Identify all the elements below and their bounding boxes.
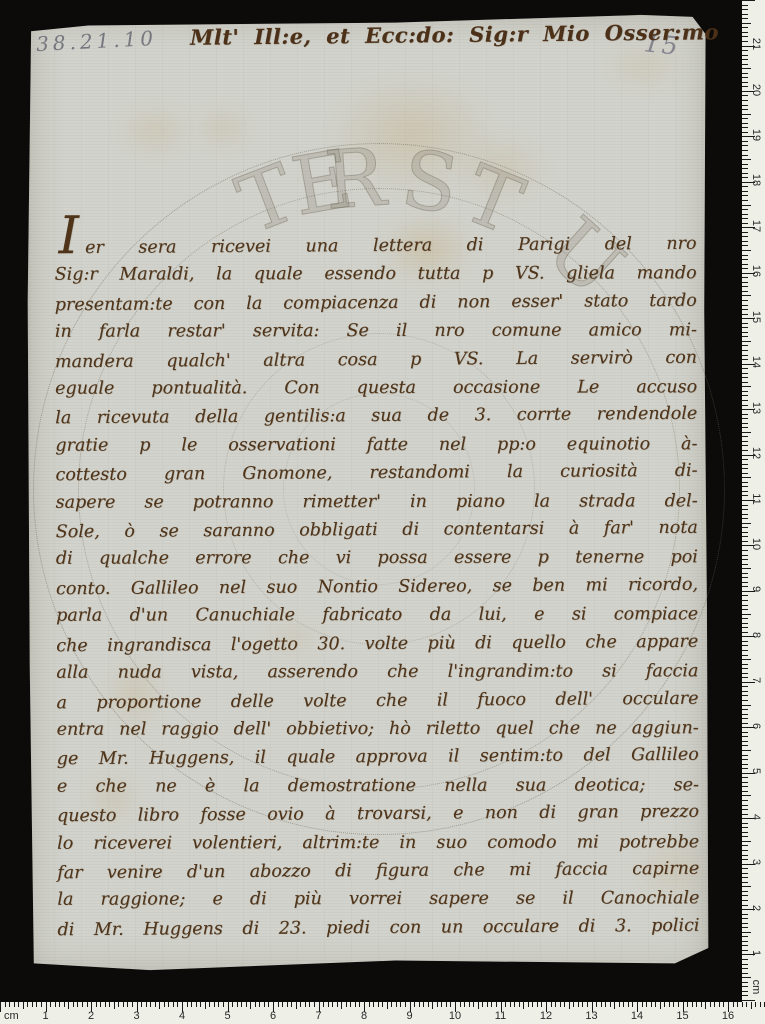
ruler-tick [742, 600, 748, 601]
ruler-label: 4 [179, 1010, 185, 1022]
ruler-tick [692, 1002, 693, 1007]
ruler-tick [655, 1002, 656, 1007]
ruler-tick [250, 1002, 251, 1009]
ruler-tick [373, 1002, 374, 1007]
ruler-tick [742, 941, 748, 942]
ruler-tick [742, 577, 748, 578]
ruler-tick [432, 1002, 433, 1009]
ruler-tick [746, 1002, 747, 1007]
ruler-tick [514, 1002, 515, 1007]
ruler-tick [696, 1002, 697, 1007]
ruler-tick [742, 732, 748, 733]
ruler-tick [150, 1002, 151, 1007]
ruler-tick [400, 1002, 401, 1007]
letter-line: sapere se potranno rimetter' in piano la… [56, 487, 698, 517]
ruler-tick [278, 1002, 279, 1007]
ruler-tick [742, 518, 748, 519]
ruler-tick [332, 1002, 333, 1007]
ruler-tick [582, 1002, 583, 1007]
ruler-tick [742, 323, 748, 324]
ruler-tick [0, 1002, 1, 1012]
ruler-tick [742, 468, 748, 469]
ruler-tick [742, 918, 748, 919]
ruler-tick [473, 1002, 474, 1007]
ruler-tick [623, 1002, 624, 1007]
ruler-label: 13 [585, 1010, 597, 1022]
ruler-tick [705, 1002, 706, 1009]
ruler-label: 3 [750, 853, 762, 871]
ruler-tick [742, 627, 748, 628]
ruler-tick [396, 1002, 397, 1007]
ruler-tick [742, 973, 748, 974]
ruler-tick [742, 491, 748, 492]
horizontal-ruler: cm 12345678910111213141516 [0, 1002, 765, 1024]
ruler-tick [742, 868, 748, 869]
ruler-tick [742, 845, 748, 846]
ruler-tick [710, 1002, 711, 1007]
ruler-tick [742, 277, 748, 278]
letter-line: eguale pontualità. Con questa occasione … [55, 373, 697, 403]
letter-line: cottesto gran Gnomone, restandomi la cur… [55, 457, 697, 490]
ruler-tick [742, 964, 748, 965]
ruler-tick [460, 1002, 461, 1007]
ruler-tick [742, 232, 748, 233]
ruler-tick [59, 1002, 60, 1007]
ruler-tick [528, 1002, 529, 1007]
ruler-label: 5 [750, 762, 762, 780]
ruler-tick [742, 777, 748, 778]
ruler-tick [742, 86, 748, 87]
ruler-tick [742, 509, 748, 510]
ruler-tick [742, 177, 748, 178]
letter-line: gratie p le osservationi fatte nel pp:o … [55, 430, 697, 460]
ruler-tick [742, 609, 748, 610]
ruler-label: 7 [750, 671, 762, 689]
ruler-tick [9, 1002, 10, 1007]
ruler-tick [742, 514, 748, 515]
ruler-tick [164, 1002, 165, 1007]
ruler-tick [87, 1002, 88, 1007]
ruler-tick [673, 1002, 674, 1007]
ruler-tick [564, 1002, 565, 1007]
ruler-tick [742, 209, 748, 210]
ruler-tick [742, 141, 748, 142]
ruler-tick [391, 1002, 392, 1007]
ruler-tick [742, 145, 748, 146]
ruler-tick [742, 695, 748, 696]
ruler-label: 10 [449, 1010, 461, 1022]
letter-line: Sig:r Maraldi, la quale essendo tutta p … [55, 260, 697, 290]
ruler-tick [742, 891, 748, 892]
paper-stain [192, 105, 254, 151]
ruler-tick [632, 1002, 633, 1007]
ruler-label: 17 [750, 217, 762, 235]
ruler-tick [742, 327, 748, 328]
ruler-tick [296, 1002, 297, 1009]
letter-line: di Mr. Huggens di 23. piedi con un occul… [57, 912, 699, 945]
ruler-tick [742, 705, 751, 706]
ruler-tick [146, 1002, 147, 1007]
ruler-tick [282, 1002, 283, 1007]
ruler-tick [127, 1002, 128, 1007]
ruler-label: 14 [631, 1010, 643, 1022]
ruler-tick [510, 1002, 511, 1007]
ruler-tick [560, 1002, 561, 1007]
ruler-tick [742, 995, 748, 996]
ruler-tick [100, 1002, 101, 1007]
ruler-tick [742, 764, 748, 765]
ruler-tick [719, 1002, 720, 1007]
ruler-tick [742, 850, 748, 851]
ruler-tick [742, 950, 748, 951]
ruler-tick [742, 482, 748, 483]
ruler-tick [742, 268, 748, 269]
ruler-tick [573, 1002, 574, 1007]
ruler-tick [541, 1002, 542, 1007]
ruler-tick [118, 1002, 119, 1007]
letter-line: in farla restar' servita: Se il nro comu… [55, 316, 697, 346]
ruler-tick [742, 9, 748, 10]
ruler-tick [742, 786, 748, 787]
ruler-tick [742, 977, 751, 978]
ruler-tick [328, 1002, 329, 1007]
ruler-tick [537, 1002, 538, 1007]
ruler-tick [678, 1002, 679, 1007]
ruler-tick [742, 459, 748, 460]
ruler-label: 12 [750, 444, 762, 462]
ruler-tick [742, 691, 748, 692]
ruler-tick [32, 1002, 33, 1007]
ruler-tick [742, 332, 748, 333]
ruler-tick [532, 1002, 533, 1007]
ruler-tick [341, 1002, 342, 1009]
ruler-tick [555, 1002, 556, 1007]
ruler-tick [205, 1002, 206, 1009]
ruler-tick [742, 123, 748, 124]
ruler-tick [742, 877, 748, 878]
ruler-tick [742, 923, 748, 924]
ruler-tick [742, 532, 748, 533]
ruler-tick [742, 127, 748, 128]
ruler-tick [742, 614, 751, 615]
ruler-tick [742, 841, 751, 842]
ruler-tick [742, 655, 748, 656]
ruler-tick [77, 1002, 78, 1007]
ruler-tick [742, 505, 748, 506]
ruler-tick [382, 1002, 383, 1007]
letter-line: lo riceverei volentieri, altrim:te in su… [57, 828, 699, 858]
ruler-tick [742, 373, 748, 374]
letter-line: a proportione delle volte che il fuoco d… [56, 684, 698, 717]
ruler-tick [742, 736, 748, 737]
ruler-tick [742, 255, 748, 256]
letter-line: parla d'un Canuchiale fabricato da lui, … [56, 601, 698, 631]
ruler-tick [405, 1002, 406, 1007]
ruler-tick [742, 882, 748, 883]
letter-line: ge Mr. Huggens, il quale approva il sent… [57, 741, 699, 774]
ruler-tick [742, 523, 751, 524]
ruler-tick [742, 564, 748, 565]
ruler-tick [519, 1002, 520, 1007]
ruler-tick [23, 1002, 24, 1009]
ruler-tick [742, 945, 748, 946]
ruler-tick [350, 1002, 351, 1007]
ruler-tick [742, 668, 748, 669]
ruler-tick [669, 1002, 670, 1007]
ruler-label: 6 [750, 717, 762, 735]
ruler-tick [660, 1002, 661, 1009]
ruler-tick [742, 959, 748, 960]
ruler-tick [450, 1002, 451, 1007]
ruler-tick [246, 1002, 247, 1007]
paper-stain [457, 133, 547, 203]
ruler-tick [346, 1002, 347, 1007]
ruler-tick [610, 1002, 611, 1007]
ruler-tick [187, 1002, 188, 1007]
ruler-tick [742, 195, 748, 196]
ruler-tick [355, 1002, 356, 1007]
ruler-tick [742, 155, 748, 156]
ruler-tick [255, 1002, 256, 1007]
ruler-label: 14 [750, 353, 762, 371]
ruler-tick [742, 759, 748, 760]
ruler-tick [742, 814, 748, 815]
ruler-tick [714, 1002, 715, 1007]
ruler-tick [742, 623, 748, 624]
ruler-tick [742, 109, 748, 110]
ruler-tick [264, 1002, 265, 1007]
ruler-tick [68, 1002, 69, 1009]
ruler-tick [587, 1002, 588, 1007]
ruler-tick [742, 982, 748, 983]
letter-line: questo libro fosse ovio à trovarsi, e no… [57, 798, 699, 831]
ruler-tick [742, 314, 748, 315]
ruler-label: 12 [540, 1010, 552, 1022]
ruler-tick [742, 341, 751, 342]
ruler-tick [687, 1002, 688, 1007]
ruler-tick [742, 205, 751, 206]
ruler-label: 21 [750, 35, 762, 53]
ruler-tick [14, 1002, 15, 1007]
letter-line: far venire d'un abozzo di figura che mi … [57, 855, 699, 888]
ruler-tick [578, 1002, 579, 1007]
ruler-tick [742, 218, 748, 219]
ruler-tick [742, 27, 748, 28]
ruler-label: 18 [750, 171, 762, 189]
ruler-tick [742, 114, 751, 115]
ruler-tick [105, 1002, 106, 1007]
ruler-tick [742, 309, 748, 310]
ruler-tick [742, 36, 748, 37]
ruler-tick [742, 536, 748, 537]
ruler-tick [305, 1002, 306, 1007]
ruler-tick [469, 1002, 470, 1007]
ruler-tick [742, 827, 748, 828]
letter-line: presentam:te con la compiacenza di non e… [55, 287, 697, 320]
ruler-tick [742, 755, 748, 756]
ruler-tick [742, 495, 748, 496]
ruler-tick [742, 405, 748, 406]
ruler-tick [419, 1002, 420, 1007]
ruler-tick [742, 936, 748, 937]
ruler-tick [742, 555, 748, 556]
ruler-tick [742, 14, 748, 15]
ruler-tick [742, 768, 748, 769]
ruler-label: 2 [88, 1010, 94, 1022]
ruler-tick [259, 1002, 260, 1007]
ruler-tick [551, 1002, 552, 1007]
ruler-tick [742, 618, 748, 619]
ruler-label: 10 [750, 535, 762, 553]
ruler-tick [742, 805, 748, 806]
ruler-tick [701, 1002, 702, 1007]
ruler-label: 11 [750, 490, 762, 508]
ruler-tick [742, 791, 748, 792]
ruler-tick [742, 873, 748, 874]
ruler-label: 19 [750, 126, 762, 144]
letter-line: Sole, ò se saranno obbligati di contenta… [56, 514, 698, 547]
ruler-tick [428, 1002, 429, 1007]
letter-line: entra nel raggio dell' obbietivo; hò ril… [57, 714, 699, 744]
ruler-label: 6 [270, 1010, 276, 1022]
ruler-tick [651, 1002, 652, 1007]
ruler-tick [664, 1002, 665, 1007]
ruler-tick [742, 750, 751, 751]
ruler-tick [742, 118, 748, 119]
ruler-tick [41, 1002, 42, 1007]
ruler-tick [742, 650, 748, 651]
ruler-tick [742, 68, 751, 69]
ruler-tick [218, 1002, 219, 1007]
ruler-tick [387, 1002, 388, 1009]
ruler-tick [423, 1002, 424, 1007]
letter-line: di qualche errore che vi possa essere p … [56, 544, 698, 574]
ruler-tick [173, 1002, 174, 1007]
ruler-tick [742, 432, 751, 433]
ruler-tick [223, 1002, 224, 1007]
ruler-tick [64, 1002, 65, 1007]
ruler-tick [742, 477, 751, 478]
ruler-tick [487, 1002, 488, 1007]
letter-line: che ingrandisca l'ogetto 30. volte più d… [56, 627, 698, 660]
ruler-tick [742, 677, 748, 678]
letter-line: alla nuda vista, asserendo che l'ingrand… [56, 657, 698, 687]
ruler-tick [314, 1002, 315, 1007]
letter-line: conto. Gallileo nel suo Nontio Sidereo, … [56, 571, 698, 604]
ruler-tick [742, 418, 748, 419]
ruler-tick [191, 1002, 192, 1007]
ruler-tick [742, 377, 748, 378]
ruler-tick [132, 1002, 133, 1007]
ruler-tick [751, 1002, 752, 1009]
ruler-tick [241, 1002, 242, 1007]
ruler-tick [18, 1002, 19, 1007]
ruler-tick [82, 1002, 83, 1007]
ruler-tick [323, 1002, 324, 1007]
ruler-tick [478, 1002, 479, 1009]
ruler-tick [742, 645, 748, 646]
ruler-tick [369, 1002, 370, 1007]
ruler-label: 4 [750, 808, 762, 826]
ruler-tick [114, 1002, 115, 1009]
ruler-tick [742, 286, 748, 287]
ruler-label: 16 [722, 1010, 734, 1022]
ruler-tick [742, 473, 748, 474]
ruler-tick [742, 927, 748, 928]
ruler-tick [309, 1002, 310, 1007]
ruler-tick [177, 1002, 178, 1007]
ruler-tick [73, 1002, 74, 1007]
ruler-tick [742, 709, 748, 710]
ruler-tick [742, 700, 748, 701]
ruler-tick [742, 541, 748, 542]
ruler-tick [55, 1002, 56, 1007]
ruler-label: 8 [750, 626, 762, 644]
ruler-tick [742, 59, 748, 60]
vertical-ruler: cm 212019181716151413121110987654321 [742, 0, 765, 1002]
ruler-tick [742, 64, 748, 65]
ruler-tick [742, 55, 748, 56]
ruler-tick [742, 664, 748, 665]
ruler-label: 11 [495, 1010, 506, 1022]
ruler-label: 1 [42, 1010, 48, 1022]
ruler-tick [200, 1002, 201, 1007]
ruler-tick [742, 809, 748, 810]
ruler-tick [742, 823, 748, 824]
ruler-label: 1 [750, 944, 762, 962]
ruler-tick [760, 1002, 761, 1007]
ruler-tick [742, 382, 748, 383]
ruler-label: 13 [750, 399, 762, 417]
letter-line: la ricevuta della gentilis:a sua de 3. c… [55, 400, 697, 433]
ruler-tick [742, 723, 748, 724]
ruler-tick [742, 582, 748, 583]
ruler-tick [742, 95, 748, 96]
ruler-tick [36, 1002, 37, 1007]
ruler-tick [155, 1002, 156, 1007]
ruler-tick [742, 73, 748, 74]
ruler-tick [742, 173, 748, 174]
ruler-tick [742, 832, 748, 833]
ruler-tick [605, 1002, 606, 1007]
ruler-tick [742, 423, 748, 424]
ruler-tick [5, 1002, 6, 1007]
ruler-label: 9 [750, 580, 762, 598]
ruler-label: 16 [750, 262, 762, 280]
ruler-tick [742, 632, 748, 633]
ruler-tick [742, 1000, 755, 1001]
ruler-tick [742, 573, 748, 574]
ruler-tick [50, 1002, 51, 1007]
paper-stain [117, 103, 192, 158]
ruler-tick [742, 345, 748, 346]
ruler-tick [742, 741, 748, 742]
ruler-tick [742, 968, 748, 969]
ruler-tick [742, 223, 748, 224]
ruler-tick [742, 932, 751, 933]
ruler-tick [209, 1002, 210, 1007]
ruler-tick [742, 300, 748, 301]
ruler-tick [496, 1002, 497, 1007]
ruler-tick [742, 427, 748, 428]
ruler-tick [742, 295, 751, 296]
ruler-tick [742, 895, 748, 896]
horizontal-ruler-unit-label: cm [4, 1010, 19, 1022]
ruler-tick [300, 1002, 301, 1007]
ruler-label: 5 [224, 1010, 230, 1022]
ruler-tick [742, 168, 748, 169]
ruler-label: 8 [361, 1010, 367, 1022]
